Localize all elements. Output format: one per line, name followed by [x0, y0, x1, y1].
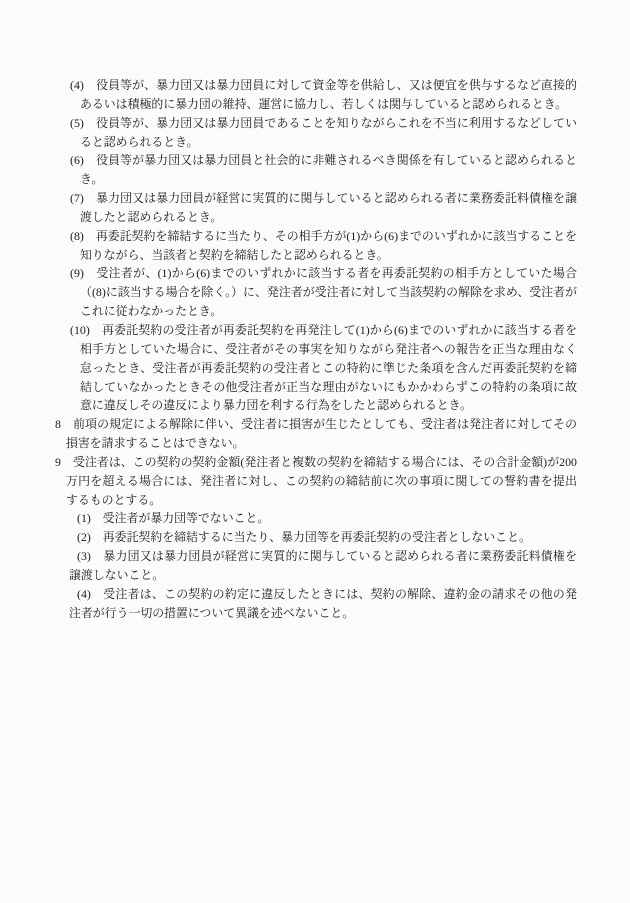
clause-marker: (7) [70, 191, 84, 205]
clause-text: 受注者が、(1)から(6)までのいずれかに該当する者を再委託契約の相手方としてい… [80, 266, 577, 318]
clause-marker: (10) [70, 323, 90, 337]
clause-lv2-10: (10) 再委託契約の受注者が再委託契約を再発注して(1)から(6)までのいずれ… [0, 321, 577, 415]
clause-lv2-8: (8) 再委託契約を締結するに当たり、その相手方が(1)から(6)までのいずれか… [0, 227, 577, 265]
clause-lv3-1: (1) 受注者が暴力団等でないこと。 [0, 509, 577, 528]
clause-text: 受注者が暴力団等でないこと。 [103, 511, 269, 525]
clause-lv2-4: (4) 役員等が、暴力団又は暴力団員に対して資金等を供給し、又は便宜を供与するな… [0, 76, 577, 114]
clause-lv2-7: (7) 暴力団又は暴力団員が経営に実質的に関与していると認められる者に業務委託料… [0, 189, 577, 227]
clause-marker: (5) [70, 116, 84, 130]
clause-marker: (8) [70, 229, 84, 243]
clause-text: 役員等が、暴力団又は暴力団員であることを知りながらこれを不当に利用するなどしてい… [80, 116, 577, 149]
clause-marker: (4) [70, 78, 84, 92]
clause-text: 暴力団又は暴力団員が経営に実質的に関与していると認められる者に業務委託料債権を譲… [80, 191, 577, 224]
clause-marker: (9) [70, 266, 84, 280]
clause-lv3-3: (3) 暴力団又は暴力団員が経営に実質的に関与していると認められる者に業務委託料… [0, 547, 577, 585]
clause-lv2-9: (9) 受注者が、(1)から(6)までのいずれかに該当する者を再委託契約の相手方… [0, 264, 577, 321]
clause-lv3-4: (4) 受注者は、この契約の約定に違反したときには、契約の解除、違約金の請求その… [0, 585, 577, 623]
clause-marker: 8 [55, 417, 61, 431]
clause-text: 役員等が、暴力団又は暴力団員に対して資金等を供給し、又は便宜を供与するなど直接的… [80, 78, 577, 111]
clause-marker: (4) [77, 587, 91, 601]
clause-marker: (2) [77, 530, 91, 544]
document-page: (4) 役員等が、暴力団又は暴力団員に対して資金等を供給し、又は便宜を供与するな… [0, 0, 630, 903]
clause-marker: (1) [77, 511, 91, 525]
clause-marker: (6) [70, 153, 84, 167]
clause-text: 暴力団又は暴力団員が経営に実質的に関与していると認められる者に業務委託料債権を譲… [69, 549, 577, 582]
clause-lv3-2: (2) 再委託契約を締結するに当たり、暴力団等を再委託契約の受注者としないこと。 [0, 528, 577, 547]
clause-marker: (3) [77, 549, 91, 563]
clause-text: 受注者は、この契約の契約金額(発注者と複数の契約を締結する場合には、その合計金額… [66, 455, 577, 507]
clause-text: 受注者は、この契約の約定に違反したときには、契約の解除、違約金の請求その他の発注… [69, 587, 577, 620]
contract-clauses: (4) 役員等が、暴力団又は暴力団員に対して資金等を供給し、又は便宜を供与するな… [0, 76, 577, 622]
clause-text: 役員等が暴力団又は暴力団員と社会的に非難されるべき関係を有していると認められると… [80, 153, 577, 186]
clause-text: 再委託契約を締結するに当たり、暴力団等を再委託契約の受注者としないこと。 [103, 530, 531, 544]
clause-text: 再委託契約を締結するに当たり、その相手方が(1)から(6)までのいずれかに該当す… [80, 229, 577, 262]
clause-lv1-8: 8 前項の規定による解除に伴い、受注者に損害が生じたとしても、受注者は発注者に対… [0, 415, 577, 453]
clause-text: 前項の規定による解除に伴い、受注者に損害が生じたとしても、受注者は発注者に対して… [66, 417, 577, 450]
clause-lv1-9: 9 受注者は、この契約の契約金額(発注者と複数の契約を締結する場合には、その合計… [0, 453, 577, 510]
clause-lv2-5: (5) 役員等が、暴力団又は暴力団員であることを知りながらこれを不当に利用するな… [0, 114, 577, 152]
clause-text: 再委託契約の受注者が再委託契約を再発注して(1)から(6)までのいずれかに該当す… [80, 323, 577, 412]
clause-lv2-6: (6) 役員等が暴力団又は暴力団員と社会的に非難されるべき関係を有していると認め… [0, 151, 577, 189]
clause-marker: 9 [55, 455, 61, 469]
